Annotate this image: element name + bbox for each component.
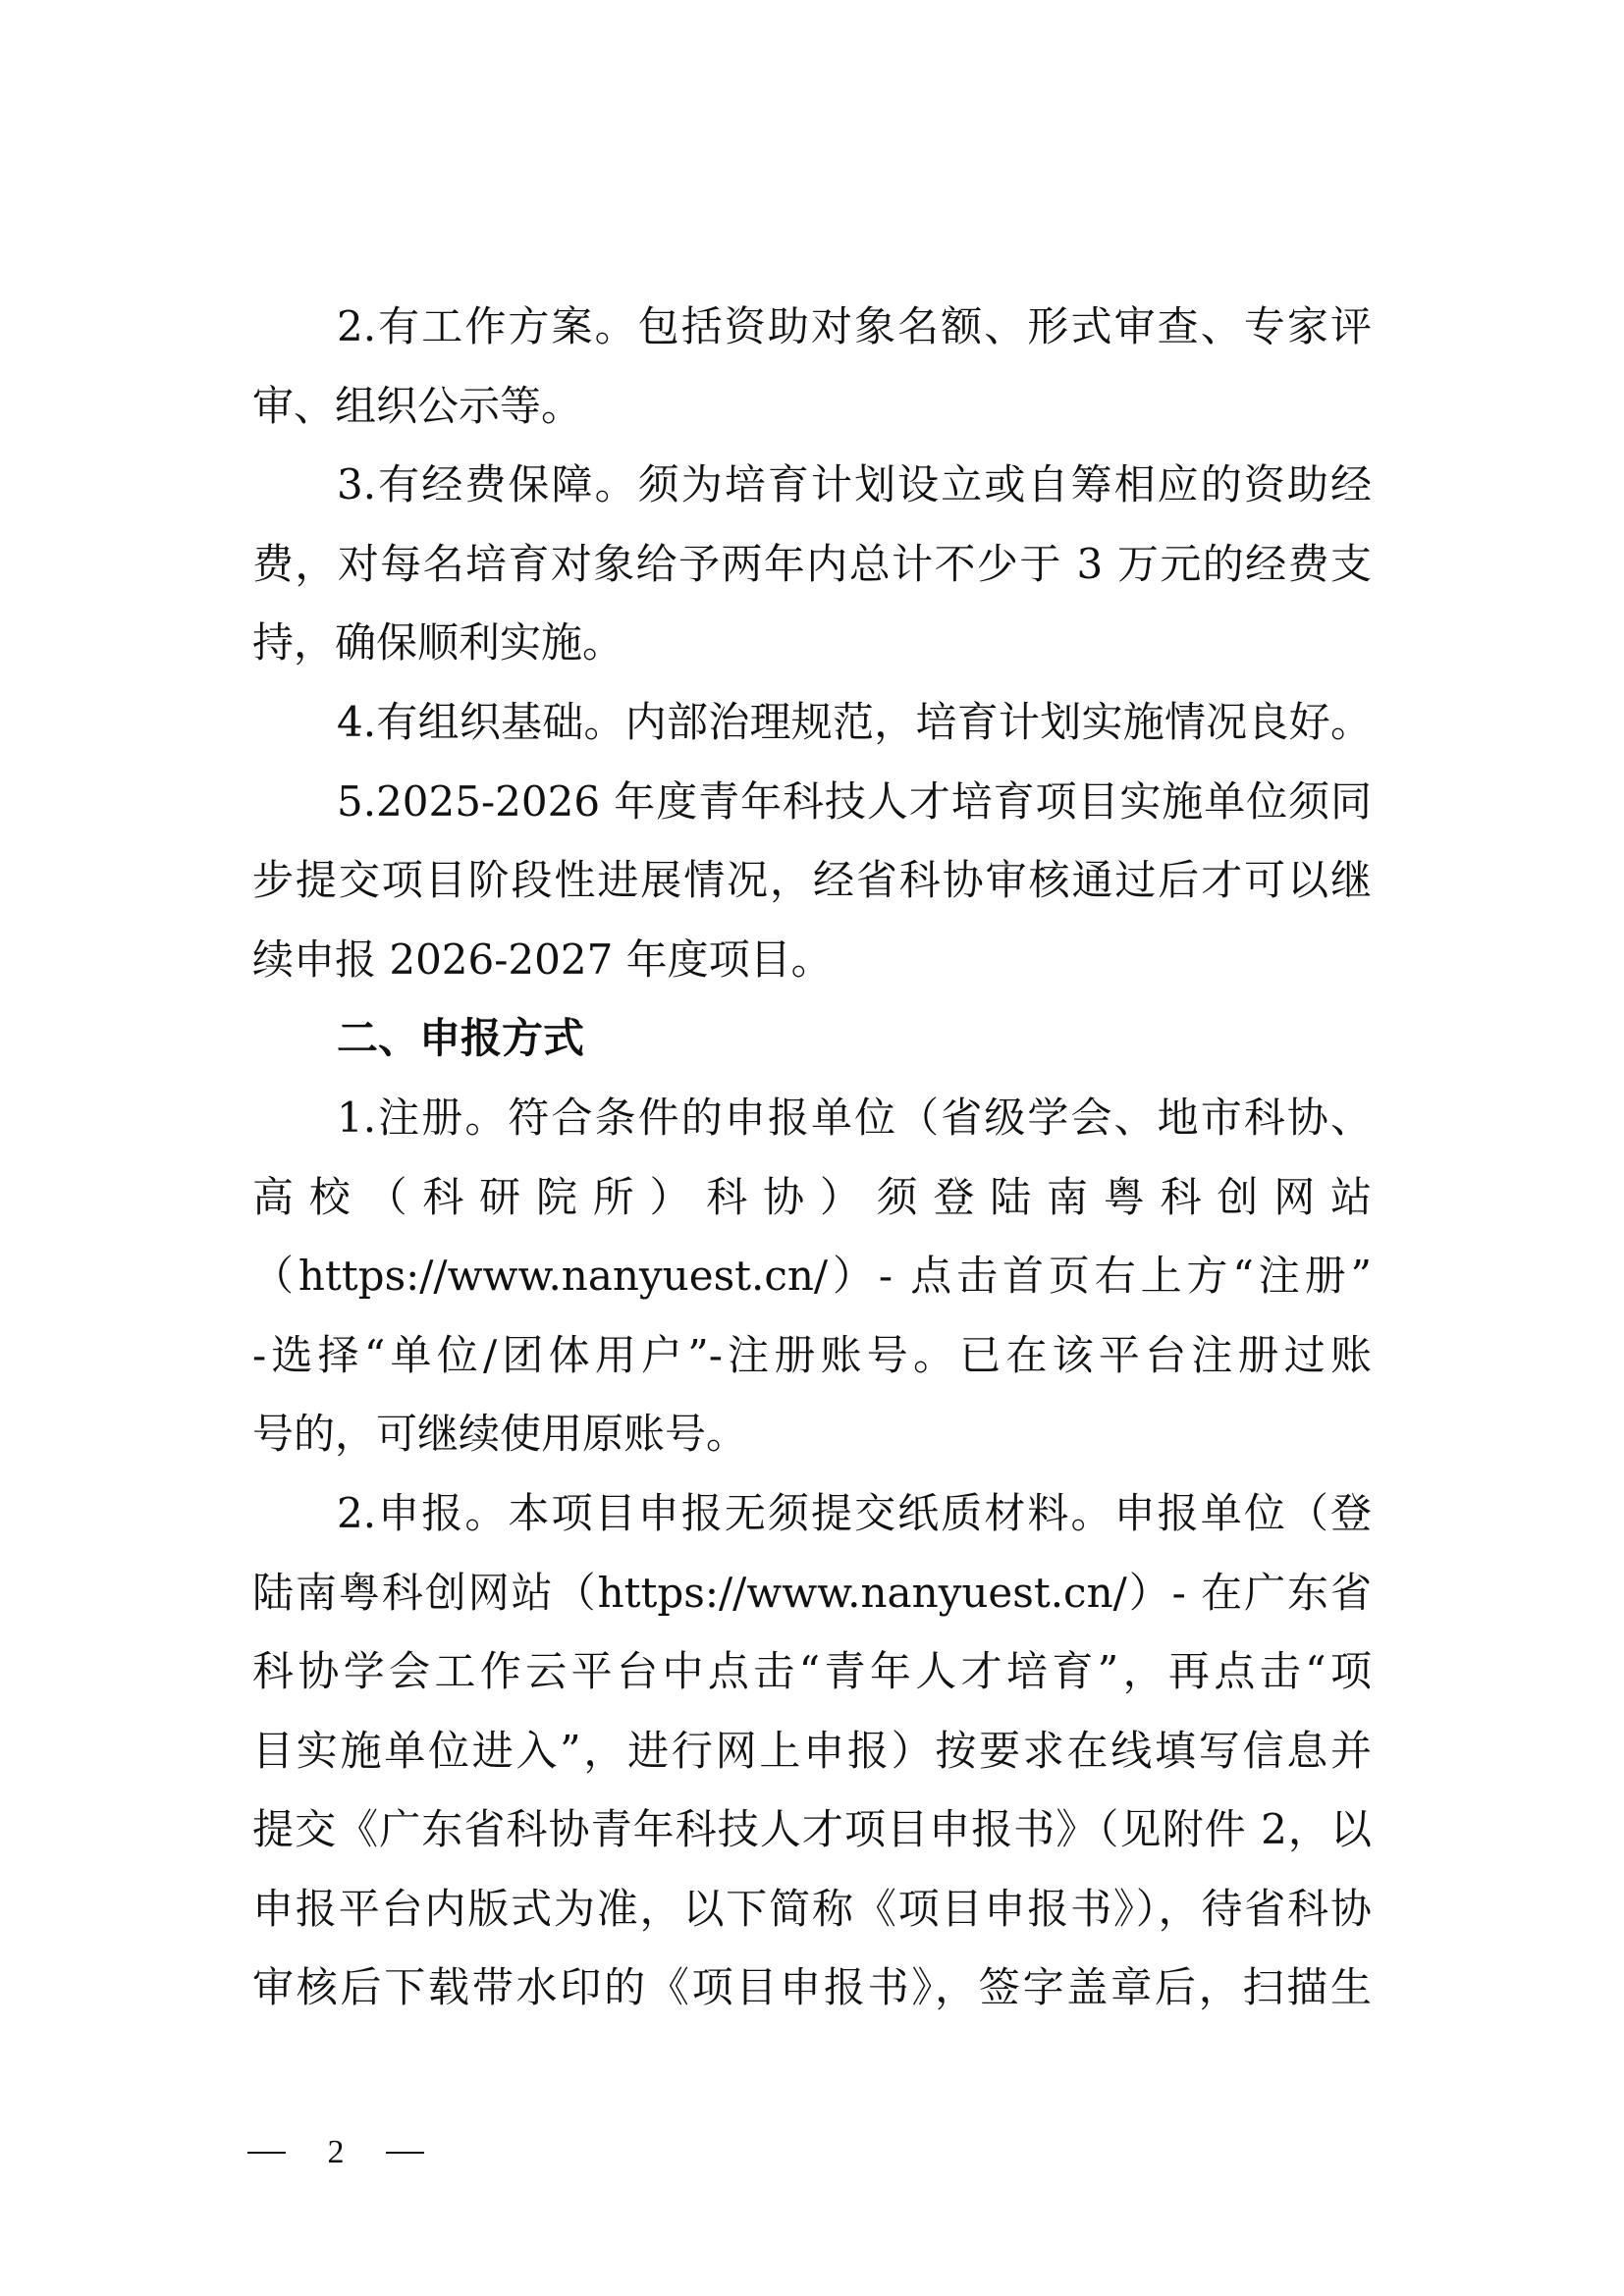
body-text: 2.有工作方案。包括资助对象名额、形式审查、专家评 审、组织公示等。 3.有经费… bbox=[252, 288, 1372, 2028]
paragraph-line: 费，对每名培育对象给予两年内总计不少于 3 万元的经费支 bbox=[252, 525, 1372, 605]
paragraph-line: 持，确保顺利实施。 bbox=[252, 604, 1372, 683]
paragraph-line: 2.有工作方案。包括资助对象名额、形式审查、专家评 bbox=[252, 288, 1372, 367]
section-heading: 二、申报方式 bbox=[252, 999, 1372, 1079]
paragraph-line: （https://www.nanyuest.cn/）- 点击首页右上方“注册” bbox=[252, 1237, 1372, 1316]
page-number-value: 2 bbox=[286, 2134, 386, 2171]
paragraph-line: 高校（科研院所）科协）须登陆南粤科创网站 bbox=[252, 1158, 1372, 1238]
paragraph-line: 3.有经费保障。须为培育计划设立或自筹相应的资助经 bbox=[252, 446, 1372, 525]
page-number-dash-left bbox=[247, 2152, 286, 2154]
paragraph-line: -选择“单位/团体用户”-注册账号。已在该平台注册过账 bbox=[252, 1316, 1372, 1396]
paragraph-line: 续申报 2026-2027 年度项目。 bbox=[252, 921, 1372, 1000]
paragraph-line: 2.申报。本项目申报无须提交纸质材料。申报单位（登 bbox=[252, 1474, 1372, 1554]
paragraph-line: 申报平台内版式为准，以下简称《项目申报书》），待省科协 bbox=[252, 1870, 1372, 1949]
paragraph-line: 科协学会工作云平台中点击“青年人才培育”，再点击“项 bbox=[252, 1632, 1372, 1712]
paragraph-line: 目实施单位进入”，进行网上申报）按要求在线填写信息并 bbox=[252, 1712, 1372, 1791]
page-number: 2 bbox=[247, 2130, 424, 2175]
paragraph-line: 审、组织公示等。 bbox=[252, 367, 1372, 447]
paragraph-line: 提交《广东省科协青年科技人才项目申报书》（见附件 2，以 bbox=[252, 1790, 1372, 1870]
paragraph-line: 5.2025-2026 年度青年科技人才培育项目实施单位须同 bbox=[252, 763, 1372, 842]
document-page: 2.有工作方案。包括资助对象名额、形式审查、专家评 审、组织公示等。 3.有经费… bbox=[0, 0, 1624, 2296]
paragraph-line: 号的，可继续使用原账号。 bbox=[252, 1395, 1372, 1474]
paragraph-line: 步提交项目阶段性进展情况，经省科协审核通过后才可以继 bbox=[252, 841, 1372, 921]
paragraph-line: 陆南粤科创网站（https://www.nanyuest.cn/）- 在广东省 bbox=[252, 1554, 1372, 1633]
paragraph-line: 4.有组织基础。内部治理规范，培育计划实施情况良好。 bbox=[252, 683, 1372, 763]
page-number-dash-right bbox=[386, 2152, 424, 2154]
paragraph-line: 1.注册。符合条件的申报单位（省级学会、地市科协、 bbox=[252, 1079, 1372, 1158]
paragraph-line: 审核后下载带水印的《项目申报书》，签字盖章后，扫描生 bbox=[252, 1949, 1372, 2028]
